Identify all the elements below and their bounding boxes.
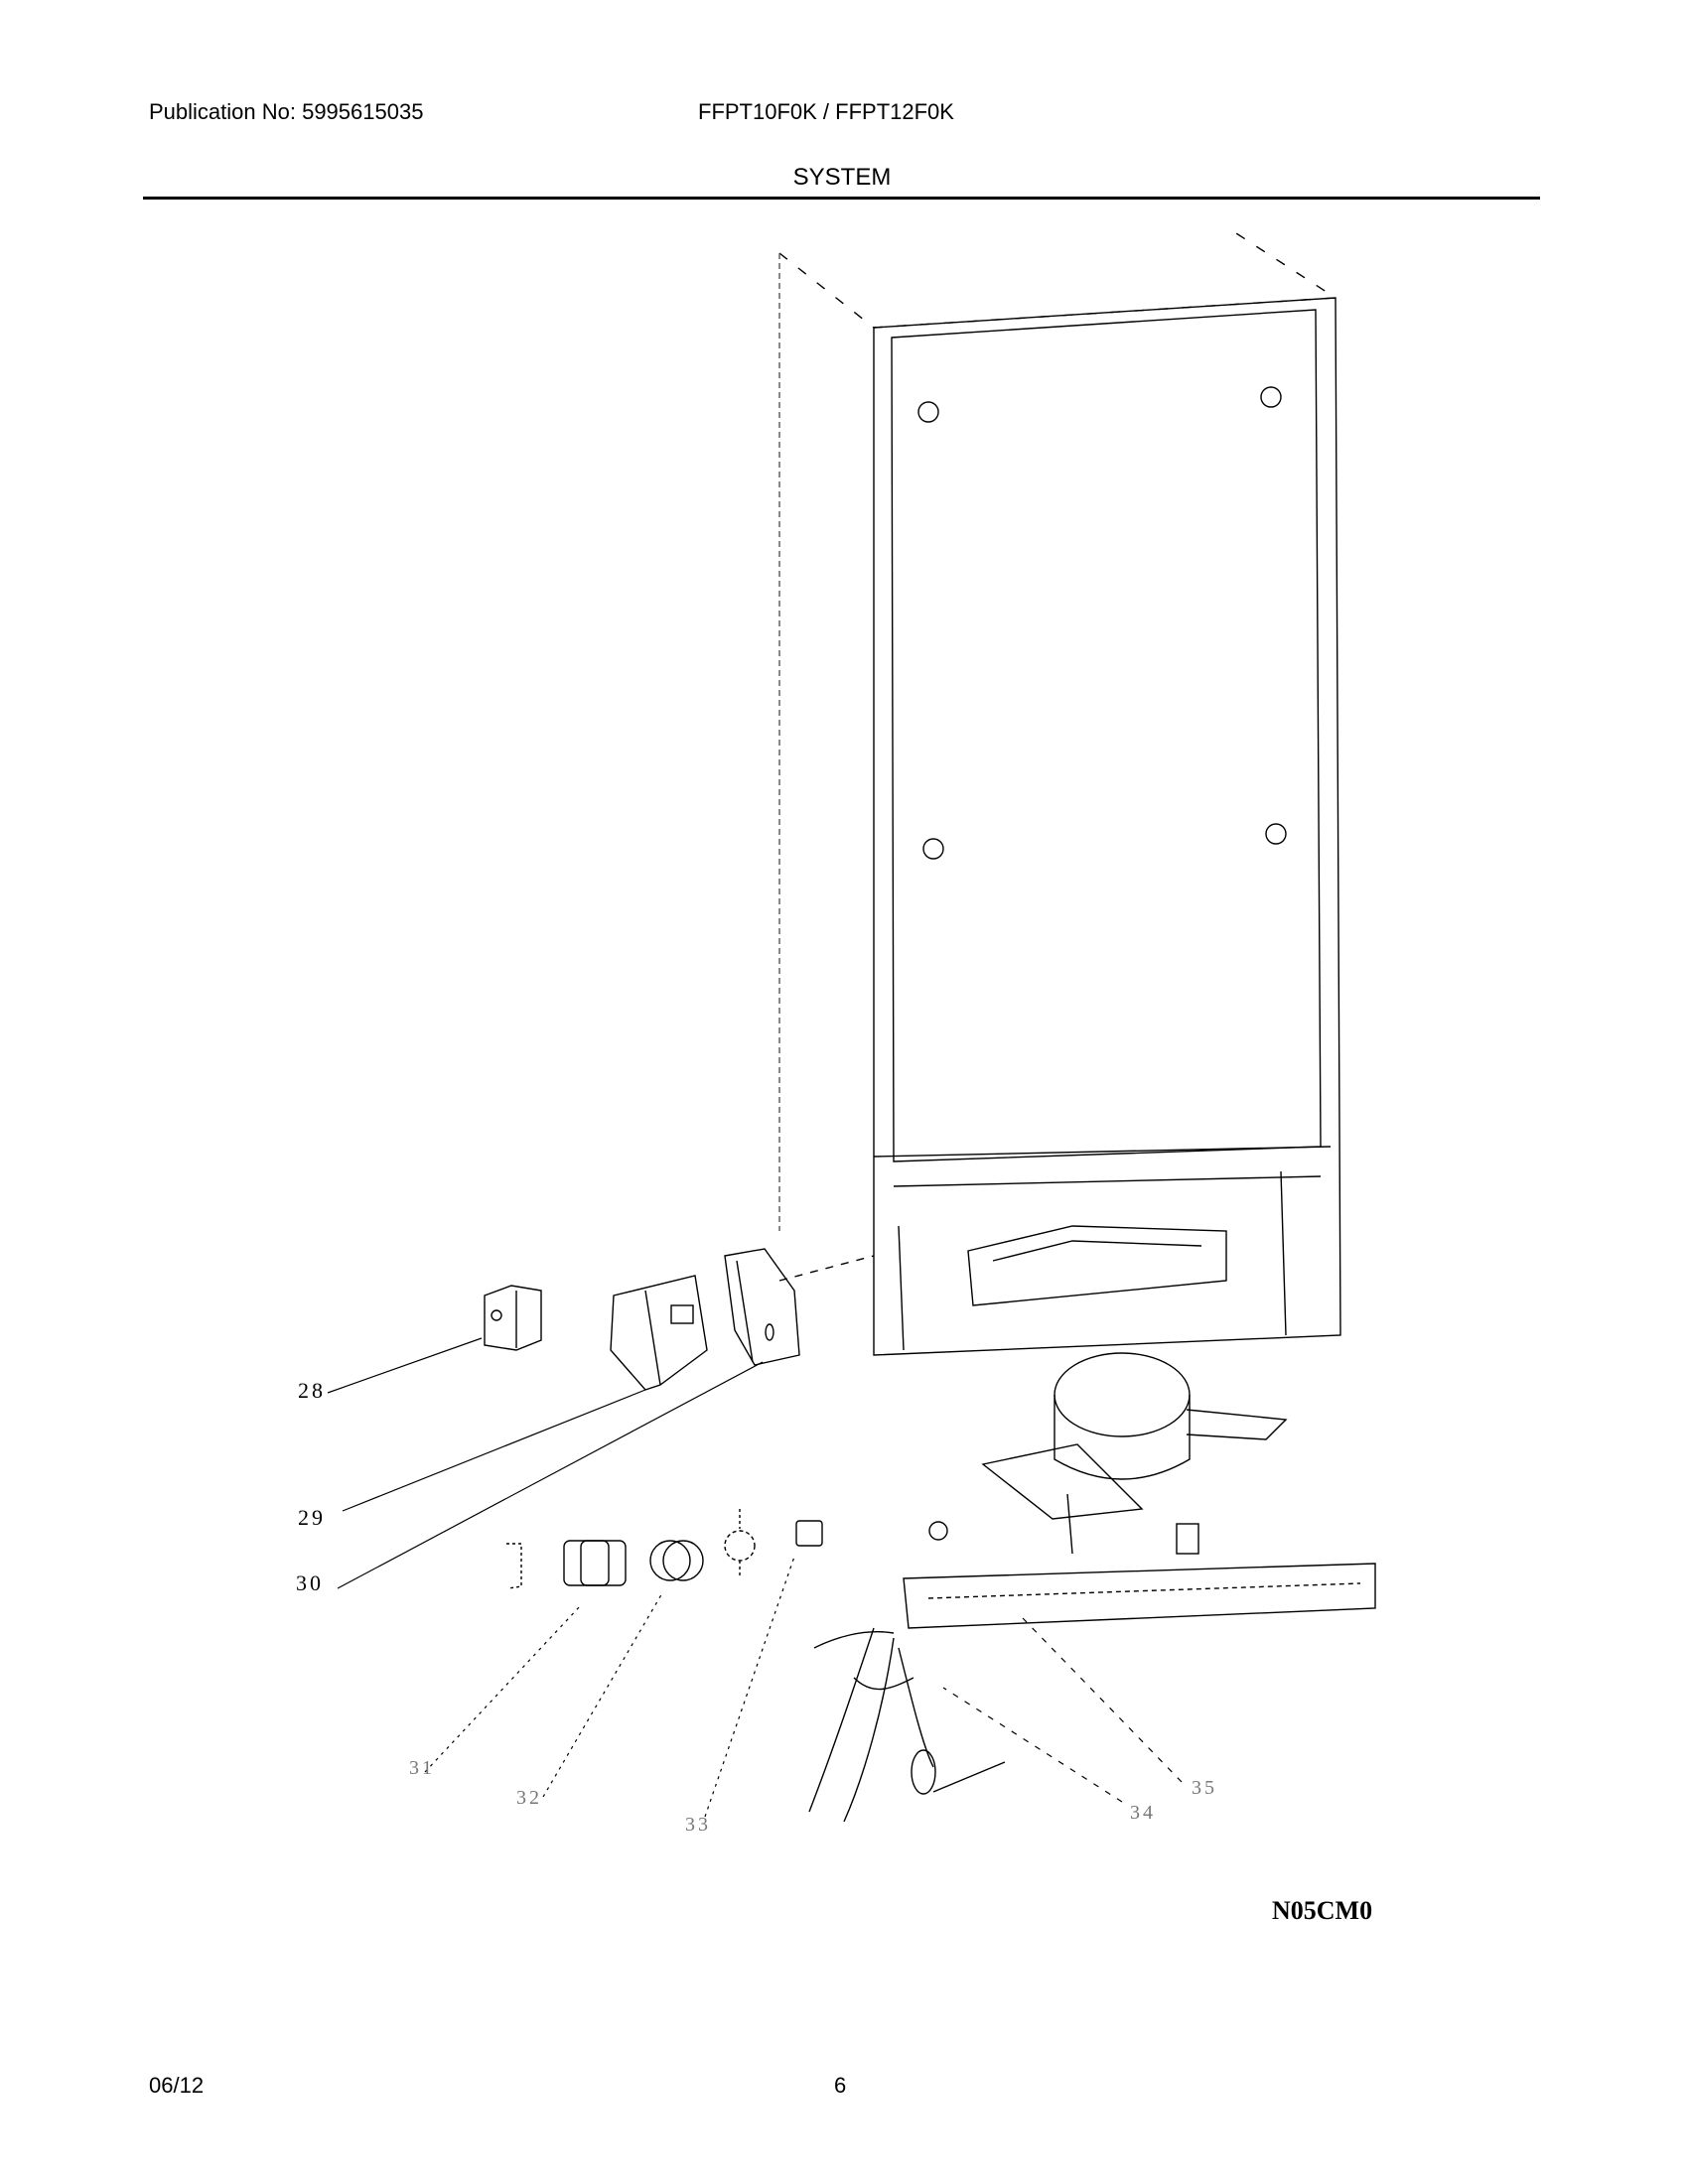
callout-33: 33 — [685, 1814, 711, 1837]
callout-34: 34 — [1130, 1802, 1156, 1825]
parts-31-33-drawing — [506, 1509, 947, 1588]
callout-29: 29 — [298, 1505, 326, 1531]
leader-lines — [328, 1338, 1182, 1817]
cabinet-drawing — [779, 233, 1340, 1355]
exploded-parts-diagram — [0, 0, 1688, 2184]
page-number: 6 — [834, 2073, 846, 2099]
callout-35: 35 — [1192, 1777, 1217, 1800]
callout-31: 31 — [409, 1757, 435, 1780]
diagram-code: N05CM0 — [1272, 1896, 1372, 1926]
callout-30: 30 — [296, 1570, 324, 1596]
callout-32: 32 — [516, 1787, 542, 1810]
callout-28: 28 — [298, 1378, 326, 1404]
wiring-harness-drawing — [809, 1628, 1005, 1822]
parts-28-30-drawing — [485, 1249, 799, 1390]
compressor-drawing — [904, 1353, 1375, 1628]
footer-date: 06/12 — [149, 2073, 204, 2099]
